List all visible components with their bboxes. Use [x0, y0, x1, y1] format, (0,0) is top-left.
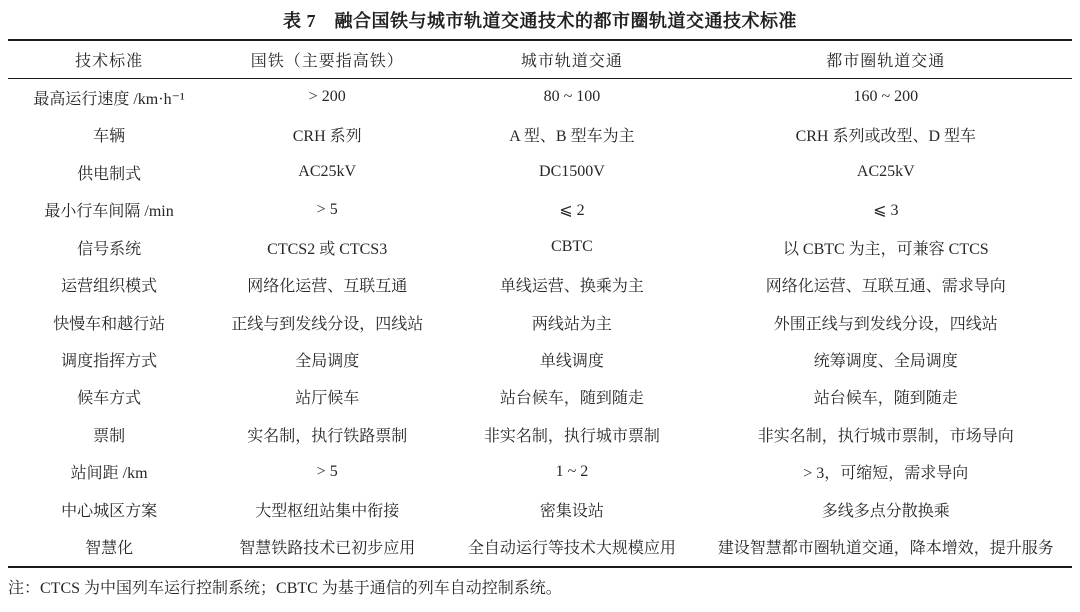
table-cell: 以 CBTC 为主，可兼容 CTCS	[700, 229, 1072, 266]
table-footnote: 注：CTCS 为中国列车运行控制系统；CBTC 为基于通信的列车自动控制系统。	[8, 575, 1072, 598]
table-row: 智慧化 智慧铁路技术已初步应用 全自动运行等技术大规模应用 建设智慧都市圈轨道交…	[8, 528, 1072, 567]
table-cell: 外围正线与到发线分设，四线站	[700, 303, 1072, 340]
table-cell: > 5	[210, 453, 444, 490]
table-cell: 统筹调度、全局调度	[700, 341, 1072, 378]
table-cell: 网络化运营、互联互通	[210, 266, 444, 303]
header-row: 技术标准 国铁（主要指高铁） 城市轨道交通 都市圈轨道交通	[8, 40, 1072, 78]
table-cell: CRH 系列	[210, 116, 444, 153]
row-label: 候车方式	[8, 378, 210, 415]
row-label: 最高运行速度 /km·h⁻¹	[8, 78, 210, 116]
row-label: 票制	[8, 416, 210, 453]
table-cell: 1 ~ 2	[444, 453, 699, 490]
row-label: 中心城区方案	[8, 490, 210, 527]
table-cell: 非实名制，执行城市票制	[444, 416, 699, 453]
table-cell: 单线运营、换乘为主	[444, 266, 699, 303]
row-label: 最小行车间隔 /min	[8, 191, 210, 228]
table-cell: 两线站为主	[444, 303, 699, 340]
table-cell: 正线与到发线分设，四线站	[210, 303, 444, 340]
table-cell: 建设智慧都市圈轨道交通，降本增效，提升服务	[700, 528, 1072, 567]
row-label: 车辆	[8, 116, 210, 153]
table-cell: AC25kV	[700, 154, 1072, 191]
document-page: 表 7 融合国铁与城市轨道交通技术的都市圈轨道交通技术标准 技术标准 国铁（主要…	[0, 0, 1080, 612]
table-row: 站间距 /km > 5 1 ~ 2 > 3，可缩短，需求导向	[8, 453, 1072, 490]
table-row: 中心城区方案 大型枢纽站集中衔接 密集设站 多线多点分散换乘	[8, 490, 1072, 527]
table-cell: CRH 系列或改型、D 型车	[700, 116, 1072, 153]
table-cell: 站台候车，随到随走	[444, 378, 699, 415]
table-cell: 全局调度	[210, 341, 444, 378]
table-cell: 智慧铁路技术已初步应用	[210, 528, 444, 567]
table-row: 快慢车和越行站 正线与到发线分设，四线站 两线站为主 外围正线与到发线分设，四线…	[8, 303, 1072, 340]
table-cell: > 200	[210, 78, 444, 116]
table-cell: 密集设站	[444, 490, 699, 527]
table-cell: 网络化运营、互联互通、需求导向	[700, 266, 1072, 303]
row-label: 站间距 /km	[8, 453, 210, 490]
table-cell: 站台候车，随到随走	[700, 378, 1072, 415]
table-cell: A 型、B 型车为主	[444, 116, 699, 153]
row-label: 信号系统	[8, 229, 210, 266]
table-cell: ⩽ 2	[444, 191, 699, 228]
row-label: 快慢车和越行站	[8, 303, 210, 340]
table-cell: CBTC	[444, 229, 699, 266]
table-cell: > 5	[210, 191, 444, 228]
table-cell: 非实名制，执行城市票制，市场导向	[700, 416, 1072, 453]
table-title: 表 7 融合国铁与城市轨道交通技术的都市圈轨道交通技术标准	[8, 6, 1072, 39]
table-row: 供电制式 AC25kV DC1500V AC25kV	[8, 154, 1072, 191]
table-cell: DC1500V	[444, 154, 699, 191]
column-header-national-rail: 国铁（主要指高铁）	[210, 40, 444, 78]
table-cell: 大型枢纽站集中衔接	[210, 490, 444, 527]
table-cell: CTCS2 或 CTCS3	[210, 229, 444, 266]
table-row: 最高运行速度 /km·h⁻¹ > 200 80 ~ 100 160 ~ 200	[8, 78, 1072, 116]
table-row: 候车方式 站厅候车 站台候车，随到随走 站台候车，随到随走	[8, 378, 1072, 415]
table-cell: ⩽ 3	[700, 191, 1072, 228]
column-header-metro-area-rail: 都市圈轨道交通	[700, 40, 1072, 78]
table-cell: > 3，可缩短，需求导向	[700, 453, 1072, 490]
table-cell: 160 ~ 200	[700, 78, 1072, 116]
row-label: 运营组织模式	[8, 266, 210, 303]
table-row: 票制 实名制，执行铁路票制 非实名制，执行城市票制 非实名制，执行城市票制，市场…	[8, 416, 1072, 453]
table-cell: 站厅候车	[210, 378, 444, 415]
table-cell: 80 ~ 100	[444, 78, 699, 116]
row-label: 供电制式	[8, 154, 210, 191]
table-cell: AC25kV	[210, 154, 444, 191]
standards-table: 技术标准 国铁（主要指高铁） 城市轨道交通 都市圈轨道交通 最高运行速度 /km…	[8, 39, 1072, 568]
column-header-standard: 技术标准	[8, 40, 210, 78]
row-label: 调度指挥方式	[8, 341, 210, 378]
table-cell: 多线多点分散换乘	[700, 490, 1072, 527]
table-cell: 单线调度	[444, 341, 699, 378]
table-row: 信号系统 CTCS2 或 CTCS3 CBTC 以 CBTC 为主，可兼容 CT…	[8, 229, 1072, 266]
row-label: 智慧化	[8, 528, 210, 567]
table-cell: 全自动运行等技术大规模应用	[444, 528, 699, 567]
table-row: 车辆 CRH 系列 A 型、B 型车为主 CRH 系列或改型、D 型车	[8, 116, 1072, 153]
column-header-urban-rail: 城市轨道交通	[444, 40, 699, 78]
table-row: 运营组织模式 网络化运营、互联互通 单线运营、换乘为主 网络化运营、互联互通、需…	[8, 266, 1072, 303]
table-row: 最小行车间隔 /min > 5 ⩽ 2 ⩽ 3	[8, 191, 1072, 228]
table-row: 调度指挥方式 全局调度 单线调度 统筹调度、全局调度	[8, 341, 1072, 378]
table-cell: 实名制，执行铁路票制	[210, 416, 444, 453]
